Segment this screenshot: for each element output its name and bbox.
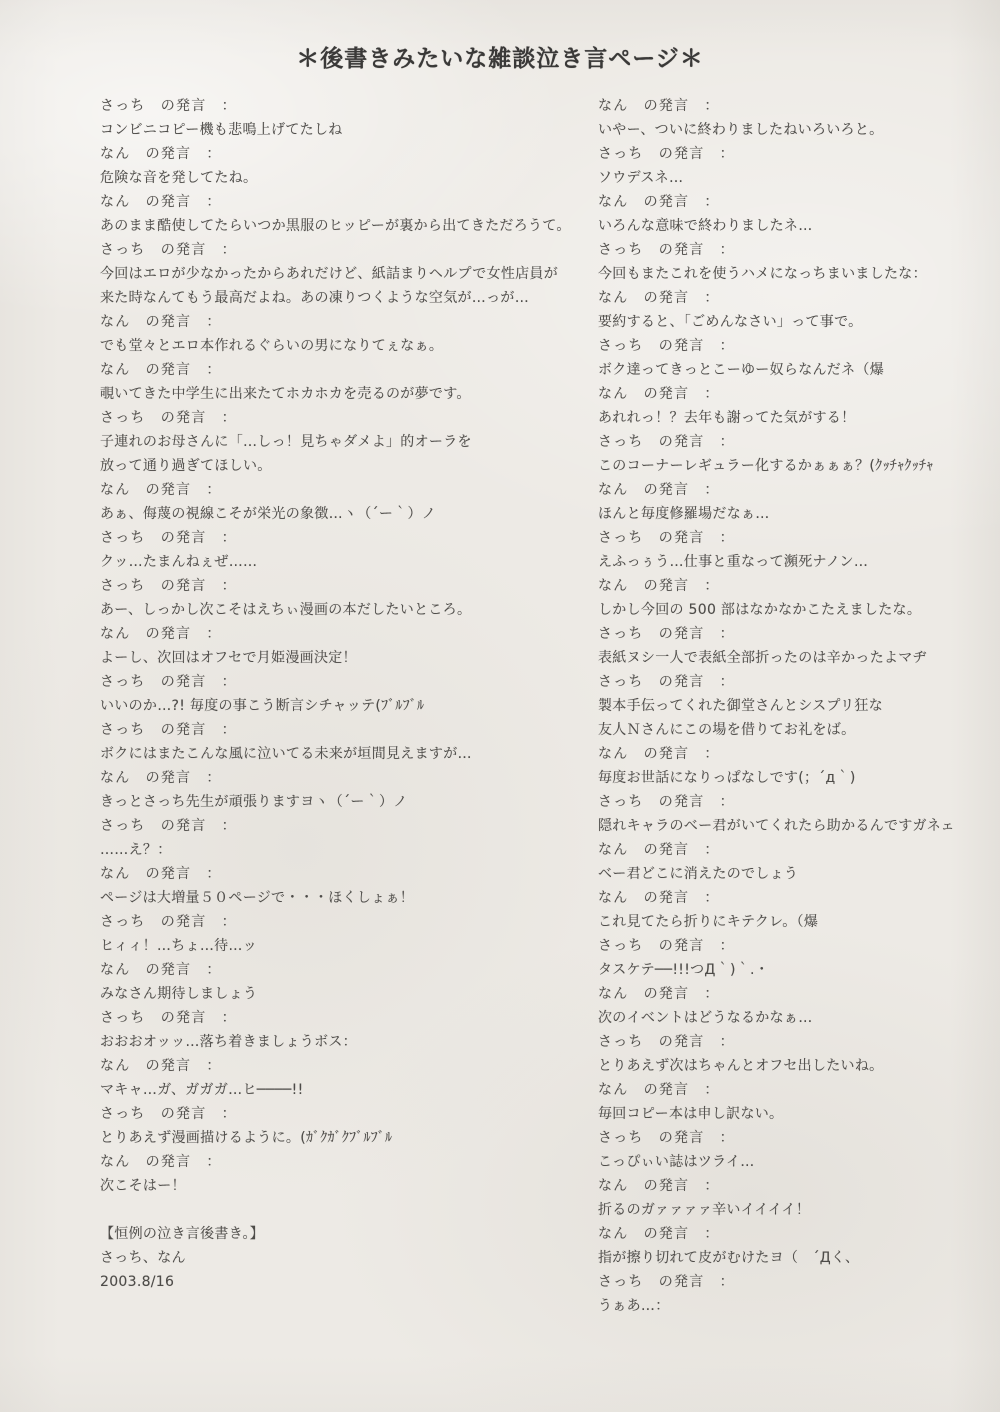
- message-line: ボクにはまたこんな風に泣いてる未来が垣間見えますが…: [100, 742, 580, 766]
- speaker-label-line: さっち の発言 ：: [598, 1126, 990, 1150]
- message-line: えふっぅう…仕事と重なって瀕死ナノン…: [598, 550, 990, 574]
- speaker-label-line: なん の発言 ：: [100, 1150, 580, 1174]
- speaker-label-line: なん の発言 ：: [598, 94, 990, 118]
- speaker-label-line: さっち の発言 ：: [100, 1006, 580, 1030]
- message-line: 来た時なんてもう最高だよね。あの凍りつくような空気が…っが…: [100, 286, 580, 310]
- message-line: いやー、ついに終わりましたねいろいろと。: [598, 118, 990, 142]
- message-line: 製本手伝ってくれた御堂さんとシスプリ狂な: [598, 694, 990, 718]
- speaker-label-line: なん の発言 ：: [598, 1174, 990, 1198]
- speaker-label-line: なん の発言 ：: [598, 982, 990, 1006]
- speaker-label-line: なん の発言 ：: [100, 358, 580, 382]
- speaker-label-line: さっち の発言 ：: [100, 94, 580, 118]
- speaker-label-line: さっち の発言 ：: [100, 670, 580, 694]
- message-line: 隠れキャラのベー君がいてくれたら助かるんですガネェ: [598, 814, 990, 838]
- speaker-label-line: なん の発言 ：: [100, 478, 580, 502]
- speaker-label-line: さっち の発言 ：: [598, 934, 990, 958]
- message-line: あのまま酷使してたらいつか黒服のヒッピーが裏から出てきただろうて。: [100, 214, 580, 238]
- speaker-label-line: さっち の発言 ：: [100, 718, 580, 742]
- speaker-label-line: さっち の発言 ：: [598, 1270, 990, 1294]
- message-line: 次のイベントはどうなるかなぁ…: [598, 1006, 990, 1030]
- message-line: ソウデスネ…: [598, 166, 990, 190]
- message-line: 表紙ヌシ一人で表紙全部折ったのは辛かったよマヂ: [598, 646, 990, 670]
- message-line: でも堂々とエロ本作れるぐらいの男になりてぇなぁ。: [100, 334, 580, 358]
- speaker-label-line: さっち の発言 ：: [598, 238, 990, 262]
- message-line: あぁ、侮蔑の視線こそが栄光の象徴…ヽ（´ー｀）ノ: [100, 502, 580, 526]
- speaker-label-line: なん の発言 ：: [598, 478, 990, 502]
- message-line: 指が擦り切れて皮がむけたヨ（ ´Дく、: [598, 1246, 990, 1270]
- speaker-label-line: さっち の発言 ：: [100, 814, 580, 838]
- message-line: とりあえず次はちゃんとオフセ出したいね。: [598, 1054, 990, 1078]
- message-line: このコーナーレギュラー化するかぁぁぁ？(ｸｯﾁｬｸｯﾁｬ: [598, 454, 990, 478]
- message-line: みなさん期待しましょう: [100, 982, 580, 1006]
- message-line: クッ…たまんねぇぜ……: [100, 550, 580, 574]
- page-title: ＊後書きみたいな雑談泣き言ページ＊: [0, 40, 1000, 73]
- speaker-label-line: なん の発言 ：: [598, 886, 990, 910]
- speaker-label-line: さっち の発言 ：: [598, 1030, 990, 1054]
- speaker-label-line: なん の発言 ：: [100, 958, 580, 982]
- message-line: ほんと毎度修羅場だなぁ…: [598, 502, 990, 526]
- message-line: 2003.8/16: [100, 1270, 580, 1294]
- speaker-label-line: さっち の発言 ：: [598, 790, 990, 814]
- message-line: おおおオッッ…落ち着きましょうボス：: [100, 1030, 580, 1054]
- speaker-label-line: さっち の発言 ：: [100, 406, 580, 430]
- message-line: 要約すると、「ごめんなさい」って事で。: [598, 310, 990, 334]
- speaker-label-line: なん の発言 ：: [598, 1222, 990, 1246]
- message-line: 危険な音を発してたね。: [100, 166, 580, 190]
- message-line: さっち、なん: [100, 1246, 580, 1270]
- message-line: これ見てたら折りにキテクレ。（爆: [598, 910, 990, 934]
- speaker-label-line: なん の発言 ：: [100, 766, 580, 790]
- message-line: 今回はエロが少なかったからあれだけど、紙詰まりヘルプで女性店員が: [100, 262, 580, 286]
- message-line: こっぴぃい誌はツライ…: [598, 1150, 990, 1174]
- message-line: 毎回コピー本は申し訳ない。: [598, 1102, 990, 1126]
- message-line: 放って通り過ぎてほしい。: [100, 454, 580, 478]
- message-line: いいのか…?! 毎度の事こう断言シチャッテ(ﾌﾞﾙﾌﾞﾙ: [100, 694, 580, 718]
- speaker-label-line: さっち の発言 ：: [100, 574, 580, 598]
- speaker-label-line: さっち の発言 ：: [598, 142, 990, 166]
- chat-column-right: なん の発言 ：いやー、ついに終わりましたねいろいろと。さっち の発言 ：ソウデ…: [598, 94, 990, 1318]
- message-line: 友人Ｎさんにこの場を借りてお礼をば。: [598, 718, 990, 742]
- message-line: 今回もまたこれを使うハメになっちまいましたな：: [598, 262, 990, 286]
- message-line: うぁあ…：: [598, 1294, 990, 1318]
- message-line: 子連れのお母さんに「…しっ！見ちゃダメよ」的オーラを: [100, 430, 580, 454]
- speaker-label-line: なん の発言 ：: [598, 382, 990, 406]
- message-line: 毎度お世話になりっぱなしです(；´д｀): [598, 766, 990, 790]
- message-line: よーし、次回はオフセで月姫漫画決定！: [100, 646, 580, 670]
- message-line: コンビニコピー機も悲鳴上げてたしね: [100, 118, 580, 142]
- speaker-label-line: なん の発言 ：: [100, 190, 580, 214]
- speaker-label-line: なん の発言 ：: [598, 574, 990, 598]
- speaker-label-line: さっち の発言 ：: [100, 526, 580, 550]
- message-line: あー、しっかし次こそはえちぃ漫画の本だしたいところ。: [100, 598, 580, 622]
- message-line: しかし今回の 500 部はなかなかこたえましたな。: [598, 598, 990, 622]
- message-line: マキャ…ガ、ガガガ…ヒ────!!: [100, 1078, 580, 1102]
- message-line: とりあえず漫画描けるように。(ｶﾞｸｶﾞｸﾌﾞﾙﾌﾞﾙ: [100, 1126, 580, 1150]
- speaker-label-line: なん の発言 ：: [100, 310, 580, 334]
- message-line: 覗いてきた中学生に出来たてホカホカを売るのが夢です。: [100, 382, 580, 406]
- message-line: きっとさっち先生が頑張りますヨヽ（´ー｀）ノ: [100, 790, 580, 814]
- speaker-label-line: なん の発言 ：: [100, 142, 580, 166]
- message-line: あれれっ！？去年も謝ってた気がする！: [598, 406, 990, 430]
- message-line: ベー君どこに消えたのでしょう: [598, 862, 990, 886]
- message-line: 次こそはー！: [100, 1174, 580, 1198]
- message-line: ……え？：: [100, 838, 580, 862]
- message-line: 【恒例の泣き言後書き。】: [100, 1222, 580, 1246]
- message-line: 折るのガァァァァ辛いイイイイ！: [598, 1198, 990, 1222]
- speaker-label-line: さっち の発言 ：: [598, 430, 990, 454]
- blank-line: [100, 1198, 580, 1222]
- speaker-label-line: さっち の発言 ：: [100, 910, 580, 934]
- speaker-label-line: なん の発言 ：: [598, 742, 990, 766]
- message-line: ヒィィ！…ちょ…待…ッ: [100, 934, 580, 958]
- speaker-label-line: さっち の発言 ：: [100, 1102, 580, 1126]
- speaker-label-line: なん の発言 ：: [100, 1054, 580, 1078]
- speaker-label-line: なん の発言 ：: [100, 622, 580, 646]
- speaker-label-line: さっち の発言 ：: [598, 526, 990, 550]
- speaker-label-line: さっち の発言 ：: [598, 622, 990, 646]
- speaker-label-line: なん の発言 ：: [598, 286, 990, 310]
- message-line: ページは大増量５０ページで・・・ほくしょぁ！: [100, 886, 580, 910]
- speaker-label-line: さっち の発言 ：: [100, 238, 580, 262]
- speaker-label-line: なん の発言 ：: [100, 862, 580, 886]
- message-line: ボク達ってきっとこーゆー奴らなんだネ（爆: [598, 358, 990, 382]
- speaker-label-line: なん の発言 ：: [598, 190, 990, 214]
- speaker-label-line: さっち の発言 ：: [598, 670, 990, 694]
- speaker-label-line: なん の発言 ：: [598, 838, 990, 862]
- message-line: いろんな意味で終わりましたネ…: [598, 214, 990, 238]
- message-line: タスケテ──!!!つД｀)｀.・: [598, 958, 990, 982]
- speaker-label-line: さっち の発言 ：: [598, 334, 990, 358]
- speaker-label-line: なん の発言 ：: [598, 1078, 990, 1102]
- chat-column-left: さっち の発言 ：コンビニコピー機も悲鳴上げてたしねなん の発言 ：危険な音を発…: [100, 94, 580, 1294]
